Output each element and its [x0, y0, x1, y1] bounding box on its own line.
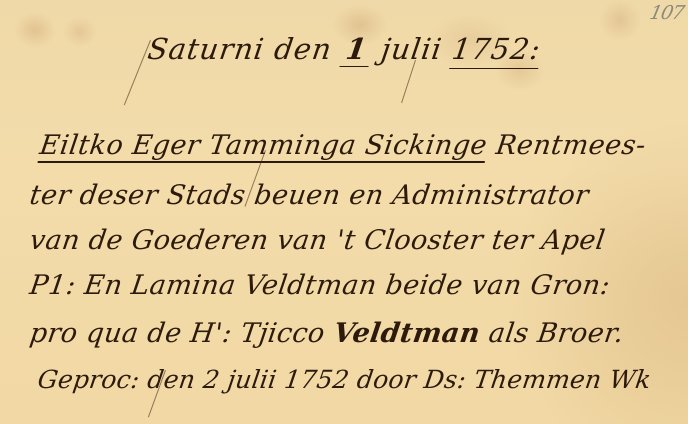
manuscript-line-4: P1: En Lamina Veldtman beide van Gron: — [28, 270, 612, 301]
manuscript-line-6: Geproc: den 2 julii 1752 door Ds: Themme… — [36, 365, 653, 394]
descender-flourish — [124, 40, 151, 105]
witness-surname: Veldtman — [332, 318, 483, 349]
line-5-after: als Broer. — [478, 318, 626, 349]
manuscript-line-3: van de Goederen van 't Clooster ter Apel — [28, 225, 607, 256]
manuscript-line-1: Eiltko Eger Tamminga Sickinge Rentmees- — [38, 130, 648, 161]
heading-prefix: Saturni den — [146, 32, 335, 66]
line-1-rest: Rentmees- — [485, 130, 648, 161]
manuscript-line-5: pro qua de H': Tjicco Veldtman als Broer… — [28, 318, 626, 349]
entry-date-heading: Saturni den 1 julii 1752: — [146, 32, 544, 66]
descender-flourish — [401, 60, 416, 103]
page-number: 107 — [648, 2, 686, 24]
manuscript-line-2: ter deser Stads beuen en Administrator — [28, 180, 591, 211]
heading-day: 1 — [340, 32, 374, 67]
heading-month: julii — [379, 32, 444, 66]
heading-year: 1752: — [449, 32, 543, 69]
line-5-before: pro qua de H': Tjicco — [28, 318, 336, 349]
